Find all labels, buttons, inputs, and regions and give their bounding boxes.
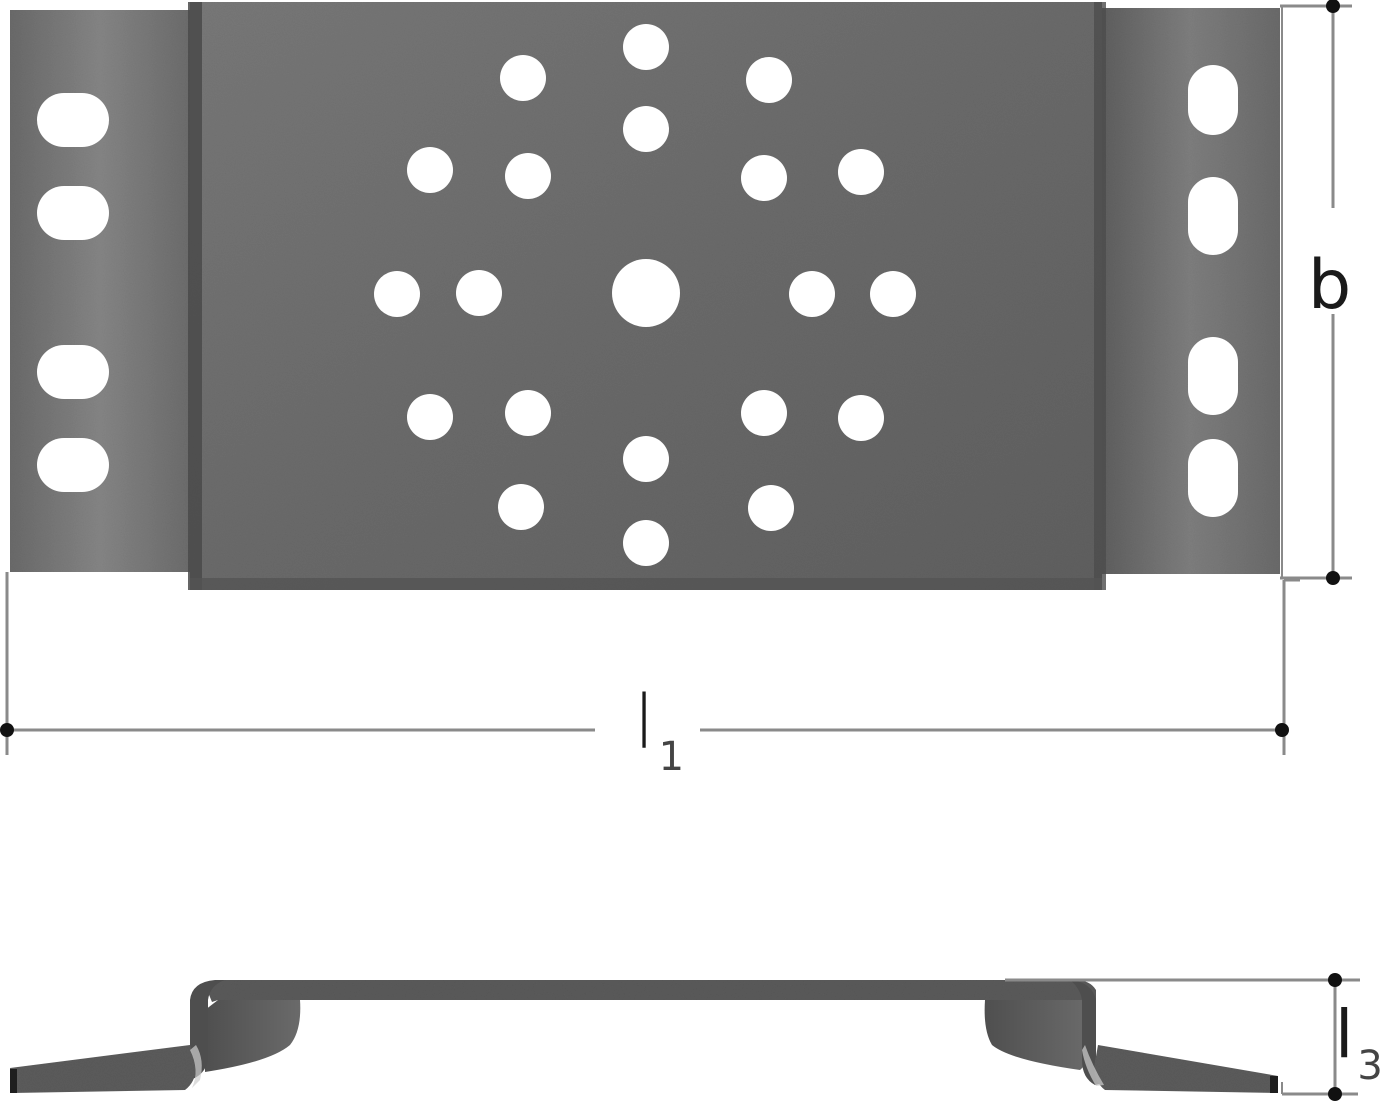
- dimension-label-l3: l3: [1335, 1002, 1383, 1068]
- round-hole: [407, 147, 453, 193]
- right-bend-edge: [1094, 2, 1106, 590]
- right-slot-hole: [1188, 439, 1238, 517]
- round-hole: [505, 153, 551, 199]
- dimension-label-l1: l1: [634, 686, 684, 760]
- side-web: [205, 980, 1096, 1002]
- right-slot-hole: [1188, 177, 1238, 255]
- left-bend-edge: [188, 2, 202, 590]
- round-hole: [741, 390, 787, 436]
- dimension-symbol-l1: l: [634, 680, 655, 766]
- dimension-symbol-b: b: [1308, 246, 1351, 325]
- dimension-l1-right-dot: [1275, 723, 1289, 737]
- side-view: [10, 980, 1278, 1093]
- left-slot-hole: [37, 345, 109, 399]
- top-view: [10, 2, 1280, 590]
- left-flange: [10, 10, 190, 572]
- round-hole: [407, 394, 453, 440]
- round-hole: [623, 436, 669, 482]
- dimension-symbol-l3: l: [1335, 996, 1353, 1073]
- drawing-canvas: [0, 0, 1400, 1103]
- left-slot-hole: [37, 438, 109, 492]
- right-riser-wall: [985, 1000, 1089, 1070]
- technical-drawing: b l1 l3: [0, 0, 1400, 1103]
- round-hole: [374, 271, 420, 317]
- round-hole: [748, 485, 794, 531]
- right-slot-hole: [1188, 337, 1238, 415]
- dimension-label-b: b: [1308, 252, 1355, 320]
- round-hole: [741, 155, 787, 201]
- dimension-b-bottom-dot: [1326, 571, 1340, 585]
- round-hole: [623, 106, 669, 152]
- round-hole: [498, 484, 544, 530]
- round-hole: [838, 149, 884, 195]
- round-hole: [456, 270, 502, 316]
- left-foot-tip: [10, 1069, 17, 1093]
- dimension-subscript-l1: 1: [659, 734, 684, 780]
- right-foot: [1094, 1045, 1278, 1093]
- bottom-edge: [190, 578, 1102, 590]
- round-hole: [505, 390, 551, 436]
- dimension-b-top-dot: [1326, 0, 1340, 13]
- dimension-l1-left-dot: [0, 723, 14, 737]
- left-foot: [10, 1045, 196, 1093]
- left-slot-hole: [37, 93, 109, 147]
- dimension-l3-bottom-dot: [1328, 1087, 1342, 1101]
- round-hole: [623, 24, 669, 70]
- round-hole: [746, 57, 792, 103]
- round-hole: [838, 395, 884, 441]
- round-hole: [789, 271, 835, 317]
- dimension-subscript-l3: 3: [1357, 1043, 1382, 1089]
- round-hole: [870, 271, 916, 317]
- left-riser-wall: [205, 1000, 300, 1072]
- right-foot-tip: [1270, 1076, 1278, 1093]
- right-slot-hole: [1188, 65, 1238, 135]
- left-slot-hole: [37, 186, 109, 240]
- round-hole: [623, 520, 669, 566]
- dimension-l3-top-dot: [1328, 973, 1342, 987]
- round-hole: [500, 55, 546, 101]
- center-large-hole: [612, 259, 680, 327]
